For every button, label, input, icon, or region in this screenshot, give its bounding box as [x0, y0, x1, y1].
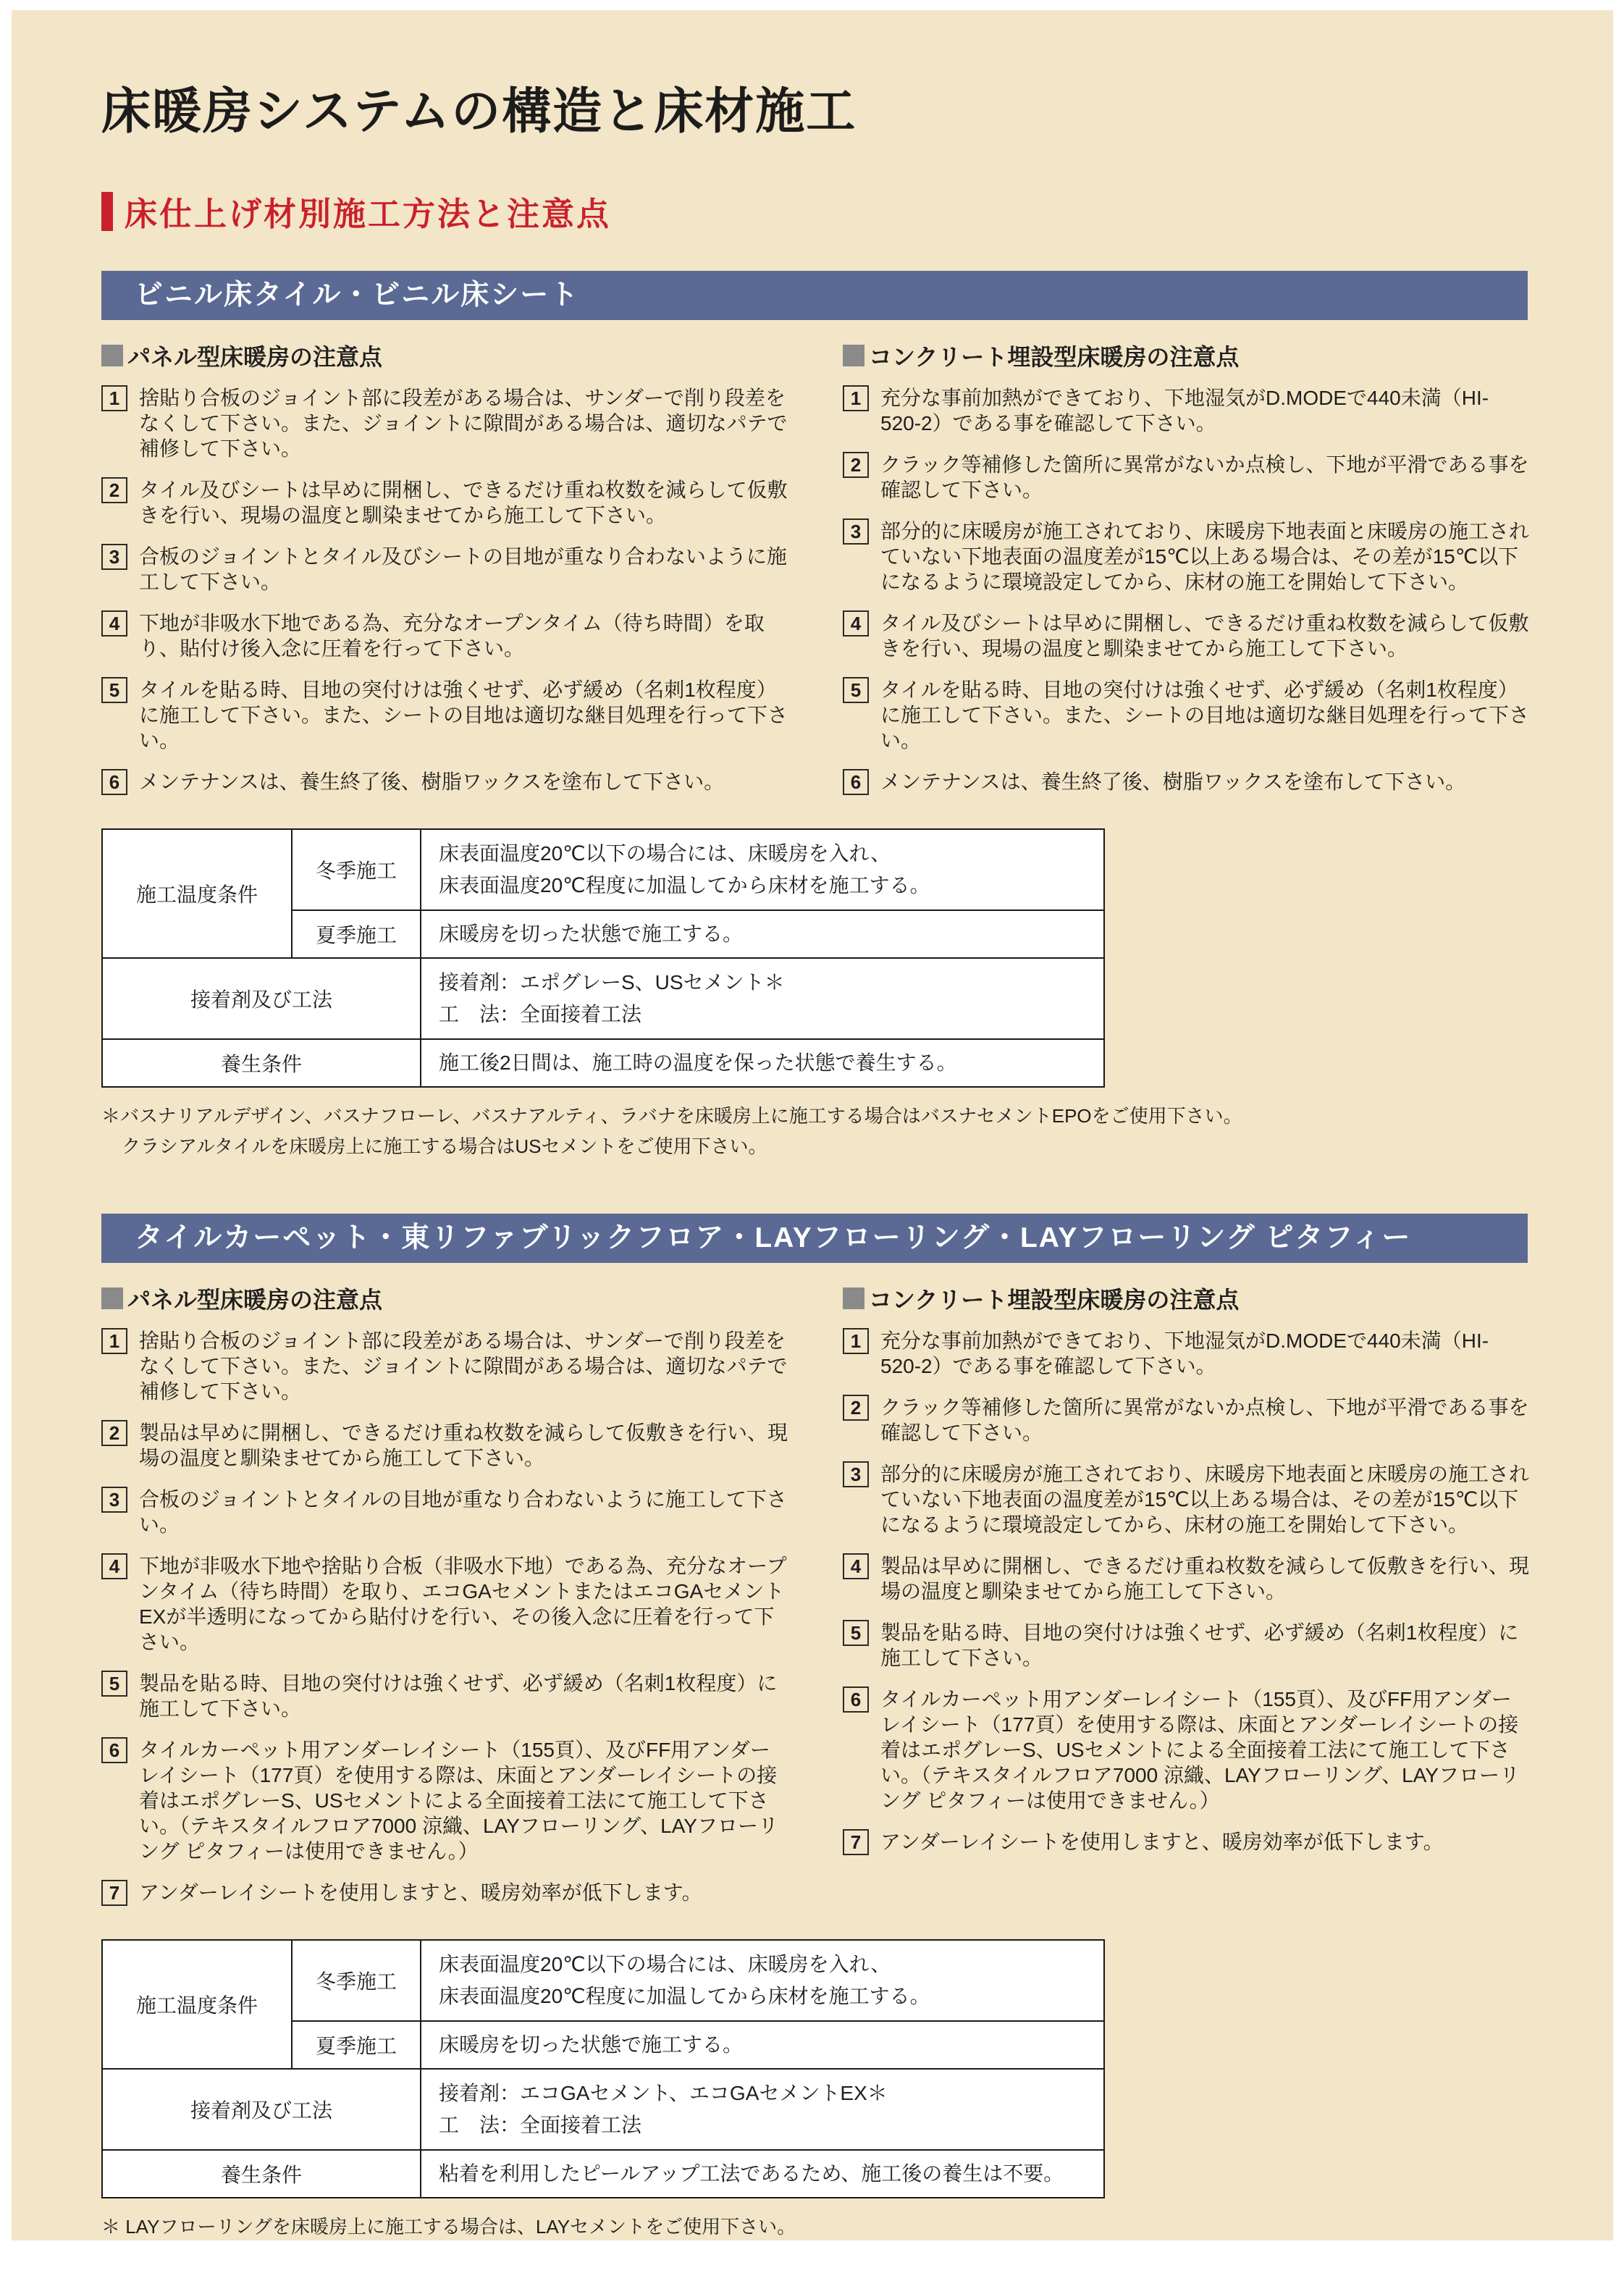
- catalog-page: 床暖房システムの構造と床材施工 床仕上げ材別施工方法と注意点 ビニル床タイル・ビ…: [12, 10, 1613, 2240]
- note-item: 1 充分な事前加熱ができており、下地湿気がD.MODEで440未満（HI-520…: [843, 1328, 1529, 1379]
- item-number: 6: [101, 769, 127, 795]
- item-text: 製品は早めに開梱し、できるだけ重ね枚数を減らして仮敷きを行い、現場の温度と馴染ま…: [139, 1420, 788, 1471]
- concrete-type-column: コンクリート埋設型床暖房の注意点 1 充分な事前加熱ができており、下地湿気がD.…: [843, 1282, 1529, 1922]
- table-value-curing: 粘着を利用したピールアップ工法であるため、施工後の養生は不要。: [421, 2150, 1104, 2198]
- note-item: 6 メンテナンスは、養生終了後、樹脂ワックスを塗布して下さい。: [843, 769, 1529, 795]
- note-item: 1 捨貼り合板のジョイント部に段差がある場合は、サンダーで削り段差をなくして下さ…: [101, 385, 788, 461]
- table-label-summer: 夏季施工: [292, 2021, 421, 2069]
- note-item: 6 タイルカーペット用アンダーレイシート（155頁）、及びFF用アンダーレイシー…: [843, 1686, 1529, 1813]
- item-number: 6: [101, 1737, 127, 1763]
- table-label-curing: 養生条件: [102, 2150, 421, 2198]
- footnotes: ＊ LAYフローリングを床暖房上に施工する場合は、LAYセメントをご使用下さい。…: [101, 2211, 1528, 2240]
- column-heading: パネル型床暖房の注意点: [101, 1282, 788, 1315]
- item-text: メンテナンスは、養生終了後、樹脂ワックスを塗布して下さい。: [880, 769, 1529, 795]
- item-number: 5: [101, 1671, 127, 1697]
- item-text: 下地が非吸水下地である為、充分なオープンタイム（待ち時間）を取り、貼付け後入念に…: [139, 610, 788, 661]
- gray-square-icon: [843, 1287, 864, 1309]
- section-heading: 床仕上げ材別施工方法と注意点: [101, 188, 1528, 235]
- item-text: 充分な事前加熱ができており、下地湿気がD.MODEで440未満（HI-520-2…: [880, 385, 1529, 436]
- note-item: 3 部分的に床暖房が施工されており、床暖房下地表面と床暖房の施工されていない下地…: [843, 1461, 1529, 1537]
- column-heading: コンクリート埋設型床暖房の注意点: [843, 1282, 1529, 1315]
- item-number: 1: [843, 1328, 869, 1354]
- item-number: 2: [843, 452, 869, 478]
- note-item: 2 タイル及びシートは早めに開梱し、できるだけ重ね枚数を減らして仮敷きを行い、現…: [101, 477, 788, 528]
- item-number: 6: [843, 1686, 869, 1713]
- table-value-curing: 施工後2日間は、施工時の温度を保った状態で養生する。: [421, 1039, 1104, 1087]
- item-text: 充分な事前加熱ができており、下地湿気がD.MODEで440未満（HI-520-2…: [880, 1328, 1529, 1379]
- item-number: 2: [101, 1420, 127, 1446]
- footnote-line: ＊ LAYフローリングを床暖房上に施工する場合は、LAYセメントをご使用下さい。: [101, 2211, 1528, 2240]
- item-number: 1: [101, 1328, 127, 1354]
- item-number: 1: [843, 385, 869, 411]
- table-value-line: 床表面温度20℃程度に加温してから床材を施工する。: [439, 1980, 1086, 2012]
- note-item: 4 製品は早めに開梱し、できるだけ重ね枚数を減らして仮敷きを行い、現場の温度と馴…: [843, 1553, 1529, 1604]
- note-item: 7 アンダーレイシートを使用しますと、暖房効率が低下します。: [843, 1829, 1529, 1855]
- table-label-adhesive: 接着剤及び工法: [102, 958, 421, 1039]
- item-text: タイルを貼る時、目地の突付けは強くせず、必ず緩め（名刺1枚程度）に施工して下さい…: [139, 677, 788, 753]
- item-number: 3: [843, 1461, 869, 1487]
- table-value-line: 床表面温度20℃以下の場合には、床暖房を入れ、: [439, 838, 1086, 870]
- notes-columns: パネル型床暖房の注意点 1 捨貼り合板のジョイント部に段差がある場合は、サンダー…: [101, 339, 1528, 811]
- note-item: 6 メンテナンスは、養生終了後、樹脂ワックスを塗布して下さい。: [101, 769, 788, 795]
- table-label-winter: 冬季施工: [292, 1940, 421, 2021]
- item-text: タイルカーペット用アンダーレイシート（155頁）、及びFF用アンダーレイシート（…: [139, 1737, 788, 1864]
- concrete-type-column: コンクリート埋設型床暖房の注意点 1 充分な事前加熱ができており、下地湿気がD.…: [843, 339, 1529, 811]
- note-item: 5 タイルを貼る時、目地の突付けは強くせず、必ず緩め（名刺1枚程度）に施工して下…: [101, 677, 788, 753]
- item-text: アンダーレイシートを使用しますと、暖房効率が低下します。: [139, 1880, 788, 1906]
- page: 床暖房システムの構造と床材施工 床仕上げ材別施工方法と注意点 ビニル床タイル・ビ…: [0, 0, 1624, 2281]
- note-item: 1 捨貼り合板のジョイント部に段差がある場合は、サンダーで削り段差をなくして下さ…: [101, 1328, 788, 1404]
- note-item: 4 下地が非吸水下地である為、充分なオープンタイム（待ち時間）を取り、貼付け後入…: [101, 610, 788, 661]
- red-bar-icon: [101, 192, 113, 231]
- table-label-summer: 夏季施工: [292, 910, 421, 958]
- item-number: 3: [101, 1487, 127, 1513]
- item-text: 下地が非吸水下地や捨貼り合板（非吸水下地）である為、充分なオープンタイム（待ち時…: [139, 1553, 788, 1655]
- item-text: 捨貼り合板のジョイント部に段差がある場合は、サンダーで削り段差をなくして下さい。…: [139, 385, 788, 461]
- item-text: 部分的に床暖房が施工されており、床暖房下地表面と床暖房の施工されていない下地表面…: [880, 1461, 1529, 1537]
- table-value-summer: 床暖房を切った状態で施工する。: [421, 910, 1104, 958]
- note-item: 5 製品を貼る時、目地の突付けは強くせず、必ず緩め（名刺1枚程度）に施工して下さ…: [843, 1620, 1529, 1671]
- table-value-line: 工 法：全面接着工法: [439, 999, 1086, 1030]
- table-value-adhesive: 接着剤：エコGAセメント、エコGAセメントEX＊ 工 法：全面接着工法: [421, 2069, 1104, 2150]
- item-number: 5: [843, 677, 869, 703]
- footnote-line: ＊バスナリアルデザイン、バスナフローレ、バスナアルティ、ラバナを床暖房上に施工す…: [101, 1101, 1528, 1131]
- item-number: 3: [101, 544, 127, 570]
- item-text: 合板のジョイントとタイル及びシートの目地が重なり合わないように施工して下さい。: [139, 544, 788, 595]
- note-item: 4 タイル及びシートは早めに開梱し、できるだけ重ね枚数を減らして仮敷きを行い、現…: [843, 610, 1529, 661]
- column-heading: コンクリート埋設型床暖房の注意点: [843, 339, 1529, 372]
- material-banner-vinyl: ビニル床タイル・ビニル床シート: [101, 271, 1528, 320]
- table-value-winter: 床表面温度20℃以下の場合には、床暖房を入れ、 床表面温度20℃程度に加温してか…: [421, 1940, 1104, 2021]
- gray-square-icon: [101, 1287, 123, 1309]
- table-value-line: 接着剤：エポグレーS、USセメント＊: [439, 967, 1086, 999]
- item-text: 捨貼り合板のジョイント部に段差がある場合は、サンダーで削り段差をなくして下さい。…: [139, 1328, 788, 1404]
- column-heading-text: コンクリート埋設型床暖房の注意点: [869, 339, 1239, 372]
- notes-columns: パネル型床暖房の注意点 1 捨貼り合板のジョイント部に段差がある場合は、サンダー…: [101, 1282, 1528, 1922]
- note-item: 1 充分な事前加熱ができており、下地湿気がD.MODEで440未満（HI-520…: [843, 385, 1529, 436]
- footnote-line: クラシアルタイルを床暖房上に施工する場合はUSセメントをご使用下さい。: [101, 1131, 1528, 1161]
- spec-table-vinyl: 施工温度条件 冬季施工 床表面温度20℃以下の場合には、床暖房を入れ、 床表面温…: [101, 828, 1105, 1088]
- column-heading-text: コンクリート埋設型床暖房の注意点: [869, 1282, 1239, 1315]
- column-heading: パネル型床暖房の注意点: [101, 339, 788, 372]
- section-heading-text: 床仕上げ材別施工方法と注意点: [125, 188, 611, 235]
- item-number: 3: [843, 518, 869, 545]
- item-text: タイル及びシートは早めに開梱し、できるだけ重ね枚数を減らして仮敷きを行い、現場の…: [880, 610, 1529, 661]
- item-number: 4: [843, 1553, 869, 1579]
- item-text: 部分的に床暖房が施工されており、床暖房下地表面と床暖房の施工されていない下地表面…: [880, 518, 1529, 595]
- content-area: 床暖房システムの構造と床材施工 床仕上げ材別施工方法と注意点 ビニル床タイル・ビ…: [12, 72, 1528, 2240]
- item-number: 2: [843, 1395, 869, 1421]
- table-value-line: 床表面温度20℃以下の場合には、床暖房を入れ、: [439, 1949, 1086, 1980]
- table-label-temp: 施工温度条件: [102, 829, 292, 958]
- table-label-winter: 冬季施工: [292, 829, 421, 910]
- table-value-summer: 床暖房を切った状態で施工する。: [421, 2021, 1104, 2069]
- item-number: 4: [843, 610, 869, 637]
- note-item: 6 タイルカーペット用アンダーレイシート（155頁）、及びFF用アンダーレイシー…: [101, 1737, 788, 1864]
- item-text: 製品を貼る時、目地の突付けは強くせず、必ず緩め（名刺1枚程度）に施工して下さい。: [139, 1671, 788, 1721]
- item-text: タイルを貼る時、目地の突付けは強くせず、必ず緩め（名刺1枚程度）に施工して下さい…: [880, 677, 1529, 753]
- table-value-adhesive: 接着剤：エポグレーS、USセメント＊ 工 法：全面接着工法: [421, 958, 1104, 1039]
- table-value-line: 床表面温度20℃程度に加温してから床材を施工する。: [439, 870, 1086, 902]
- table-value-line: 接着剤：エコGAセメント、エコGAセメントEX＊: [439, 2078, 1086, 2109]
- item-text: タイル及びシートは早めに開梱し、できるだけ重ね枚数を減らして仮敷きを行い、現場の…: [139, 477, 788, 528]
- item-number: 7: [843, 1829, 869, 1855]
- note-item: 2 クラック等補修した箇所に異常がないか点検し、下地が平滑である事を確認して下さ…: [843, 1395, 1529, 1445]
- table-value-line: 工 法：全面接着工法: [439, 2109, 1086, 2141]
- item-text: タイルカーペット用アンダーレイシート（155頁）、及びFF用アンダーレイシート（…: [880, 1686, 1529, 1813]
- item-text: クラック等補修した箇所に異常がないか点検し、下地が平滑である事を確認して下さい。: [880, 452, 1529, 503]
- note-item: 5 タイルを貼る時、目地の突付けは強くせず、必ず緩め（名刺1枚程度）に施工して下…: [843, 677, 1529, 753]
- note-item: 3 合板のジョイントとタイルの目地が重なり合わないように施工して下さい。: [101, 1487, 788, 1537]
- table-label-temp: 施工温度条件: [102, 1940, 292, 2069]
- panel-type-column: パネル型床暖房の注意点 1 捨貼り合板のジョイント部に段差がある場合は、サンダー…: [101, 339, 788, 811]
- note-item: 3 部分的に床暖房が施工されており、床暖房下地表面と床暖房の施工されていない下地…: [843, 518, 1529, 595]
- item-number: 1: [101, 385, 127, 411]
- item-number: 7: [101, 1880, 127, 1906]
- panel-type-column: パネル型床暖房の注意点 1 捨貼り合板のジョイント部に段差がある場合は、サンダー…: [101, 1282, 788, 1922]
- item-number: 5: [101, 677, 127, 703]
- item-number: 5: [843, 1620, 869, 1646]
- note-item: 4 下地が非吸水下地や捨貼り合板（非吸水下地）である為、充分なオープンタイム（待…: [101, 1553, 788, 1655]
- item-text: 合板のジョイントとタイルの目地が重なり合わないように施工して下さい。: [139, 1487, 788, 1537]
- note-item: 5 製品を貼る時、目地の突付けは強くせず、必ず緩め（名刺1枚程度）に施工して下さ…: [101, 1671, 788, 1721]
- column-heading-text: パネル型床暖房の注意点: [127, 339, 382, 372]
- spec-table-carpet: 施工温度条件 冬季施工 床表面温度20℃以下の場合には、床暖房を入れ、 床表面温…: [101, 1939, 1105, 2198]
- item-number: 4: [101, 610, 127, 637]
- item-text: クラック等補修した箇所に異常がないか点検し、下地が平滑である事を確認して下さい。: [880, 1395, 1529, 1445]
- item-number: 4: [101, 1553, 127, 1579]
- note-item: 2 製品は早めに開梱し、できるだけ重ね枚数を減らして仮敷きを行い、現場の温度と馴…: [101, 1420, 788, 1471]
- gray-square-icon: [843, 345, 864, 366]
- item-number: 2: [101, 477, 127, 503]
- table-label-adhesive: 接着剤及び工法: [102, 2069, 421, 2150]
- material-banner-carpet: タイルカーペット・東リファブリックフロア・LAYフローリング・LAYフローリング…: [101, 1214, 1528, 1263]
- footnotes: ＊バスナリアルデザイン、バスナフローレ、バスナアルティ、ラバナを床暖房上に施工す…: [101, 1101, 1528, 1161]
- note-item: 7 アンダーレイシートを使用しますと、暖房効率が低下します。: [101, 1880, 788, 1906]
- table-value-winter: 床表面温度20℃以下の場合には、床暖房を入れ、 床表面温度20℃程度に加温してか…: [421, 829, 1104, 910]
- note-item: 3 合板のジョイントとタイル及びシートの目地が重なり合わないように施工して下さい…: [101, 544, 788, 595]
- item-text: アンダーレイシートを使用しますと、暖房効率が低下します。: [880, 1829, 1529, 1855]
- column-heading-text: パネル型床暖房の注意点: [127, 1282, 382, 1315]
- item-text: 製品を貼る時、目地の突付けは強くせず、必ず緩め（名刺1枚程度）に施工して下さい。: [880, 1620, 1529, 1671]
- note-item: 2 クラック等補修した箇所に異常がないか点検し、下地が平滑である事を確認して下さ…: [843, 452, 1529, 503]
- page-title: 床暖房システムの構造と床材施工: [101, 72, 1528, 143]
- item-number: 6: [843, 769, 869, 795]
- table-label-curing: 養生条件: [102, 1039, 421, 1087]
- item-text: 製品は早めに開梱し、できるだけ重ね枚数を減らして仮敷きを行い、現場の温度と馴染ま…: [880, 1553, 1529, 1604]
- gray-square-icon: [101, 345, 123, 366]
- item-text: メンテナンスは、養生終了後、樹脂ワックスを塗布して下さい。: [139, 769, 788, 795]
